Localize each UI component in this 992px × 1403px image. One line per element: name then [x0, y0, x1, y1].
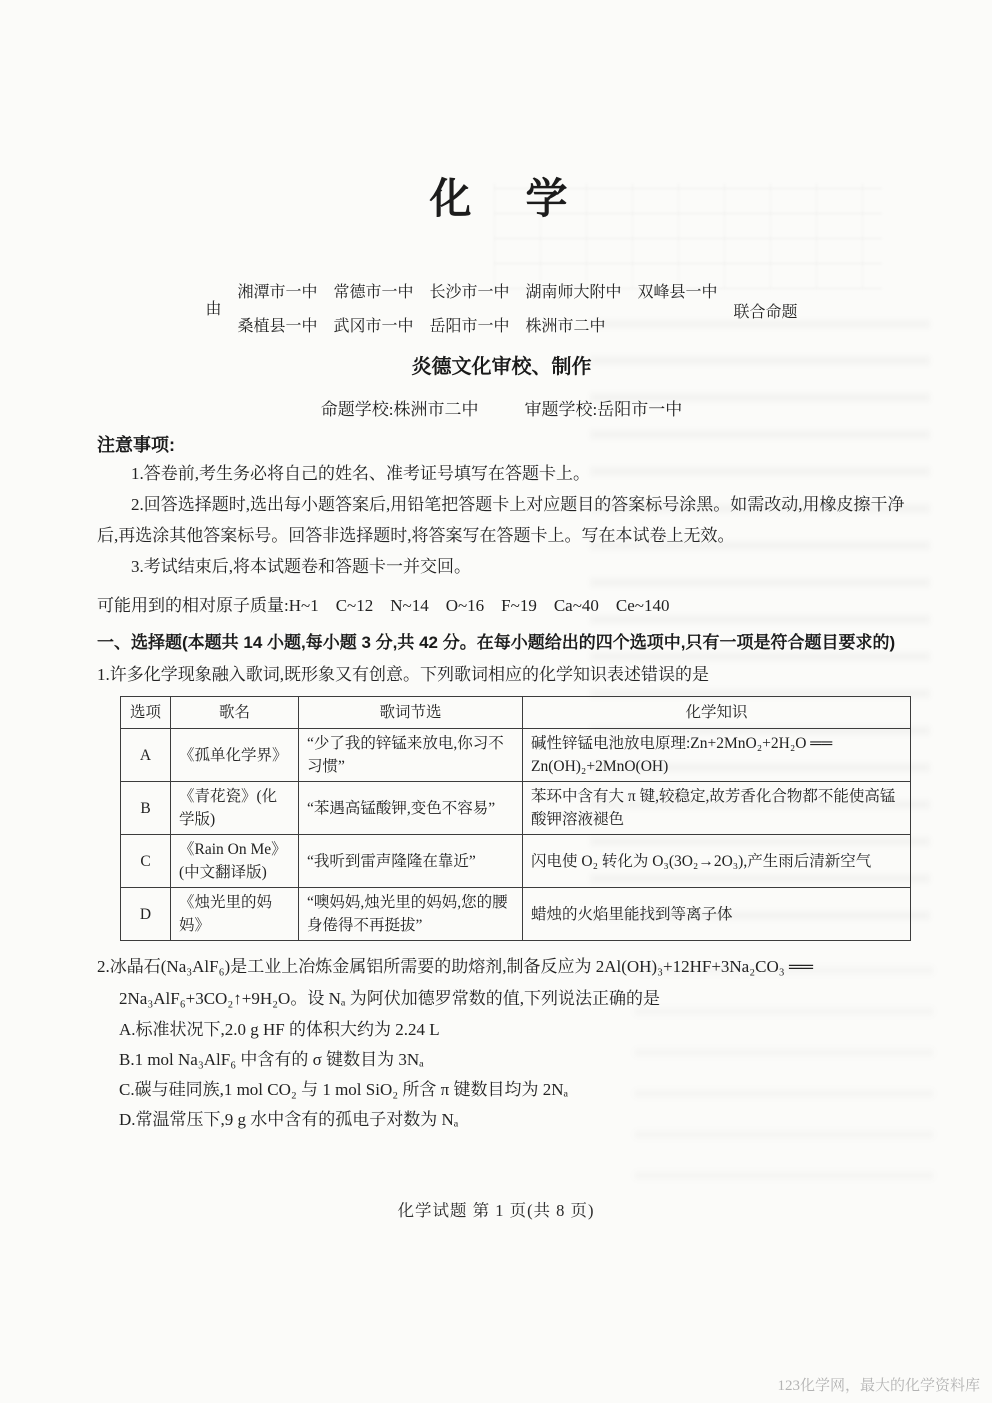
byline-prefix: 由	[205, 299, 221, 321]
page-footer: 化学试题 第 1 页(共 8 页)	[0, 1197, 992, 1221]
chemistry-knowledge: 蜡烛的火焰里能找到等离子体	[523, 888, 911, 941]
school-list: 湘潭市一中 常德市一中 长沙市一中 湖南师大附中 双峰县一中 桑植县一中 武冈市…	[237, 282, 717, 338]
byline: 由 湘潭市一中 常德市一中 长沙市一中 湖南师大附中 双峰县一中 桑植县一中 武…	[97, 282, 906, 338]
option-letter: C	[121, 835, 171, 888]
question-1-table: 选项 歌名 歌词节选 化学知识 A 《孤单化学界》 “少了我的锌锰来放电,你习不…	[120, 696, 911, 941]
table-row-c: C 《Rain On Me》(中文翻译版) “我听到雷声隆隆在靠近” 闪电使 O…	[121, 835, 911, 888]
question-2-option-a: A.标准状况下,2.0 g HF 的体积大约为 2.24 L	[97, 1015, 906, 1045]
schools-line-2: 桑植县一中 武冈市一中 岳阳市一中 株洲市二中	[237, 316, 717, 338]
page-title: 化 学	[97, 174, 906, 226]
notice-item-2: 2.回答选择题时,选出每小题答案后,用铅笔把答题卡上对应题目的答案标号涂黑。如需…	[97, 489, 906, 551]
song-name: 《烛光里的妈妈》	[171, 888, 299, 941]
notice-item-3: 3.考试结束后,将本试题卷和答题卡一并交回。	[97, 551, 906, 582]
watermark: 123化学网，最大的化学资料库	[777, 1374, 980, 1395]
question-2-option-c: C.碳与硅同族,1 mol CO₂ 与 1 mol SiO₂ 所含 π 键数目均…	[97, 1075, 906, 1105]
question-1-stem: 1.许多化学现象融入歌词,既形象又有创意。下列歌词相应的化学知识表述错误的是	[97, 659, 906, 690]
reviewer-school: 审题学校:岳阳市一中	[525, 398, 683, 422]
lyric-excerpt: “苯遇高锰酸钾,变色不容易”	[299, 782, 523, 835]
lyric-excerpt: “我听到雷声隆隆在靠近”	[299, 835, 523, 888]
schools-line-1: 湘潭市一中 常德市一中 长沙市一中 湖南师大附中 双峰县一中	[237, 282, 717, 304]
lyric-excerpt: “少了我的锌锰来放电,你习不习惯”	[299, 729, 523, 782]
song-name: 《青花瓷》(化学版)	[171, 782, 299, 835]
table-row-b: B 《青花瓷》(化学版) “苯遇高锰酸钾,变色不容易” 苯环中含有大 π 键,较…	[121, 782, 911, 835]
song-name: 《Rain On Me》(中文翻译版)	[171, 835, 299, 888]
table-row-d: D 《烛光里的妈妈》 “噢妈妈,烛光里的妈妈,您的腰身倦得不再挺拔” 蜡烛的火焰…	[121, 888, 911, 941]
lyric-excerpt: “噢妈妈,烛光里的妈妈,您的腰身倦得不再挺拔”	[299, 888, 523, 941]
table-header-row: 选项 歌名 歌词节选 化学知识	[121, 697, 911, 729]
table-header-lyric: 歌词节选	[299, 697, 523, 729]
page-content: 化 学 由 湘潭市一中 常德市一中 长沙市一中 湖南师大附中 双峰县一中 桑植县…	[0, 0, 992, 1403]
option-letter: B	[121, 782, 171, 835]
question-2-option-d: D.常温常压下,9 g 水中含有的孤电子对数为 Nₐ	[97, 1105, 906, 1135]
table-header-song: 歌名	[171, 697, 299, 729]
song-name: 《孤单化学界》	[171, 729, 299, 782]
notice-item-1: 1.答卷前,考生务必将自己的姓名、准考证号填写在答题卡上。	[97, 458, 906, 489]
question-2-stem: 2.冰晶石(Na₃AlF₆)是工业上冶炼金属铝所需要的助熔剂,制备反应为 2Al…	[97, 951, 906, 1015]
option-letter: A	[121, 729, 171, 782]
table-row-a: A 《孤单化学界》 “少了我的锌锰来放电,你习不习惯” 碱性锌锰电池放电原理:Z…	[121, 729, 911, 782]
chemistry-knowledge: 苯环中含有大 π 键,较稳定,故芳香化合物都不能使高锰酸钾溶液褪色	[523, 782, 911, 835]
proposer-reviewer-line: 命题学校:株洲市二中 审题学校:岳阳市一中	[97, 398, 906, 422]
atomic-masses-line: 可能用到的相对原子质量:H~1 C~12 N~14 O~16 F~19 Ca~4…	[97, 590, 906, 621]
notices-heading: 注意事项:	[97, 432, 906, 458]
producer-line: 炎德文化审校、制作	[97, 354, 906, 380]
table-header-option: 选项	[121, 697, 171, 729]
option-letter: D	[121, 888, 171, 941]
chemistry-knowledge: 碱性锌锰电池放电原理:Zn+2MnO₂+2H₂O ══ Zn(OH)₂+2MnO…	[523, 729, 911, 782]
proposer-school: 命题学校:株洲市二中	[321, 398, 479, 422]
exam-page: 化 学 由 湘潭市一中 常德市一中 长沙市一中 湖南师大附中 双峰县一中 桑植县…	[0, 0, 992, 1403]
section-1-heading: 一、选择题(本题共 14 小题,每小题 3 分,共 42 分。在每小题给出的四个…	[97, 627, 906, 659]
chemistry-knowledge: 闪电使 O₂ 转化为 O₃(3O₂→2O₃),产生雨后清新空气	[523, 835, 911, 888]
question-2-option-b: B.1 mol Na₃AlF₆ 中含有的 σ 键数目为 3Nₐ	[97, 1045, 906, 1075]
table-header-knowledge: 化学知识	[523, 697, 911, 729]
byline-suffix: 联合命题	[734, 302, 798, 324]
